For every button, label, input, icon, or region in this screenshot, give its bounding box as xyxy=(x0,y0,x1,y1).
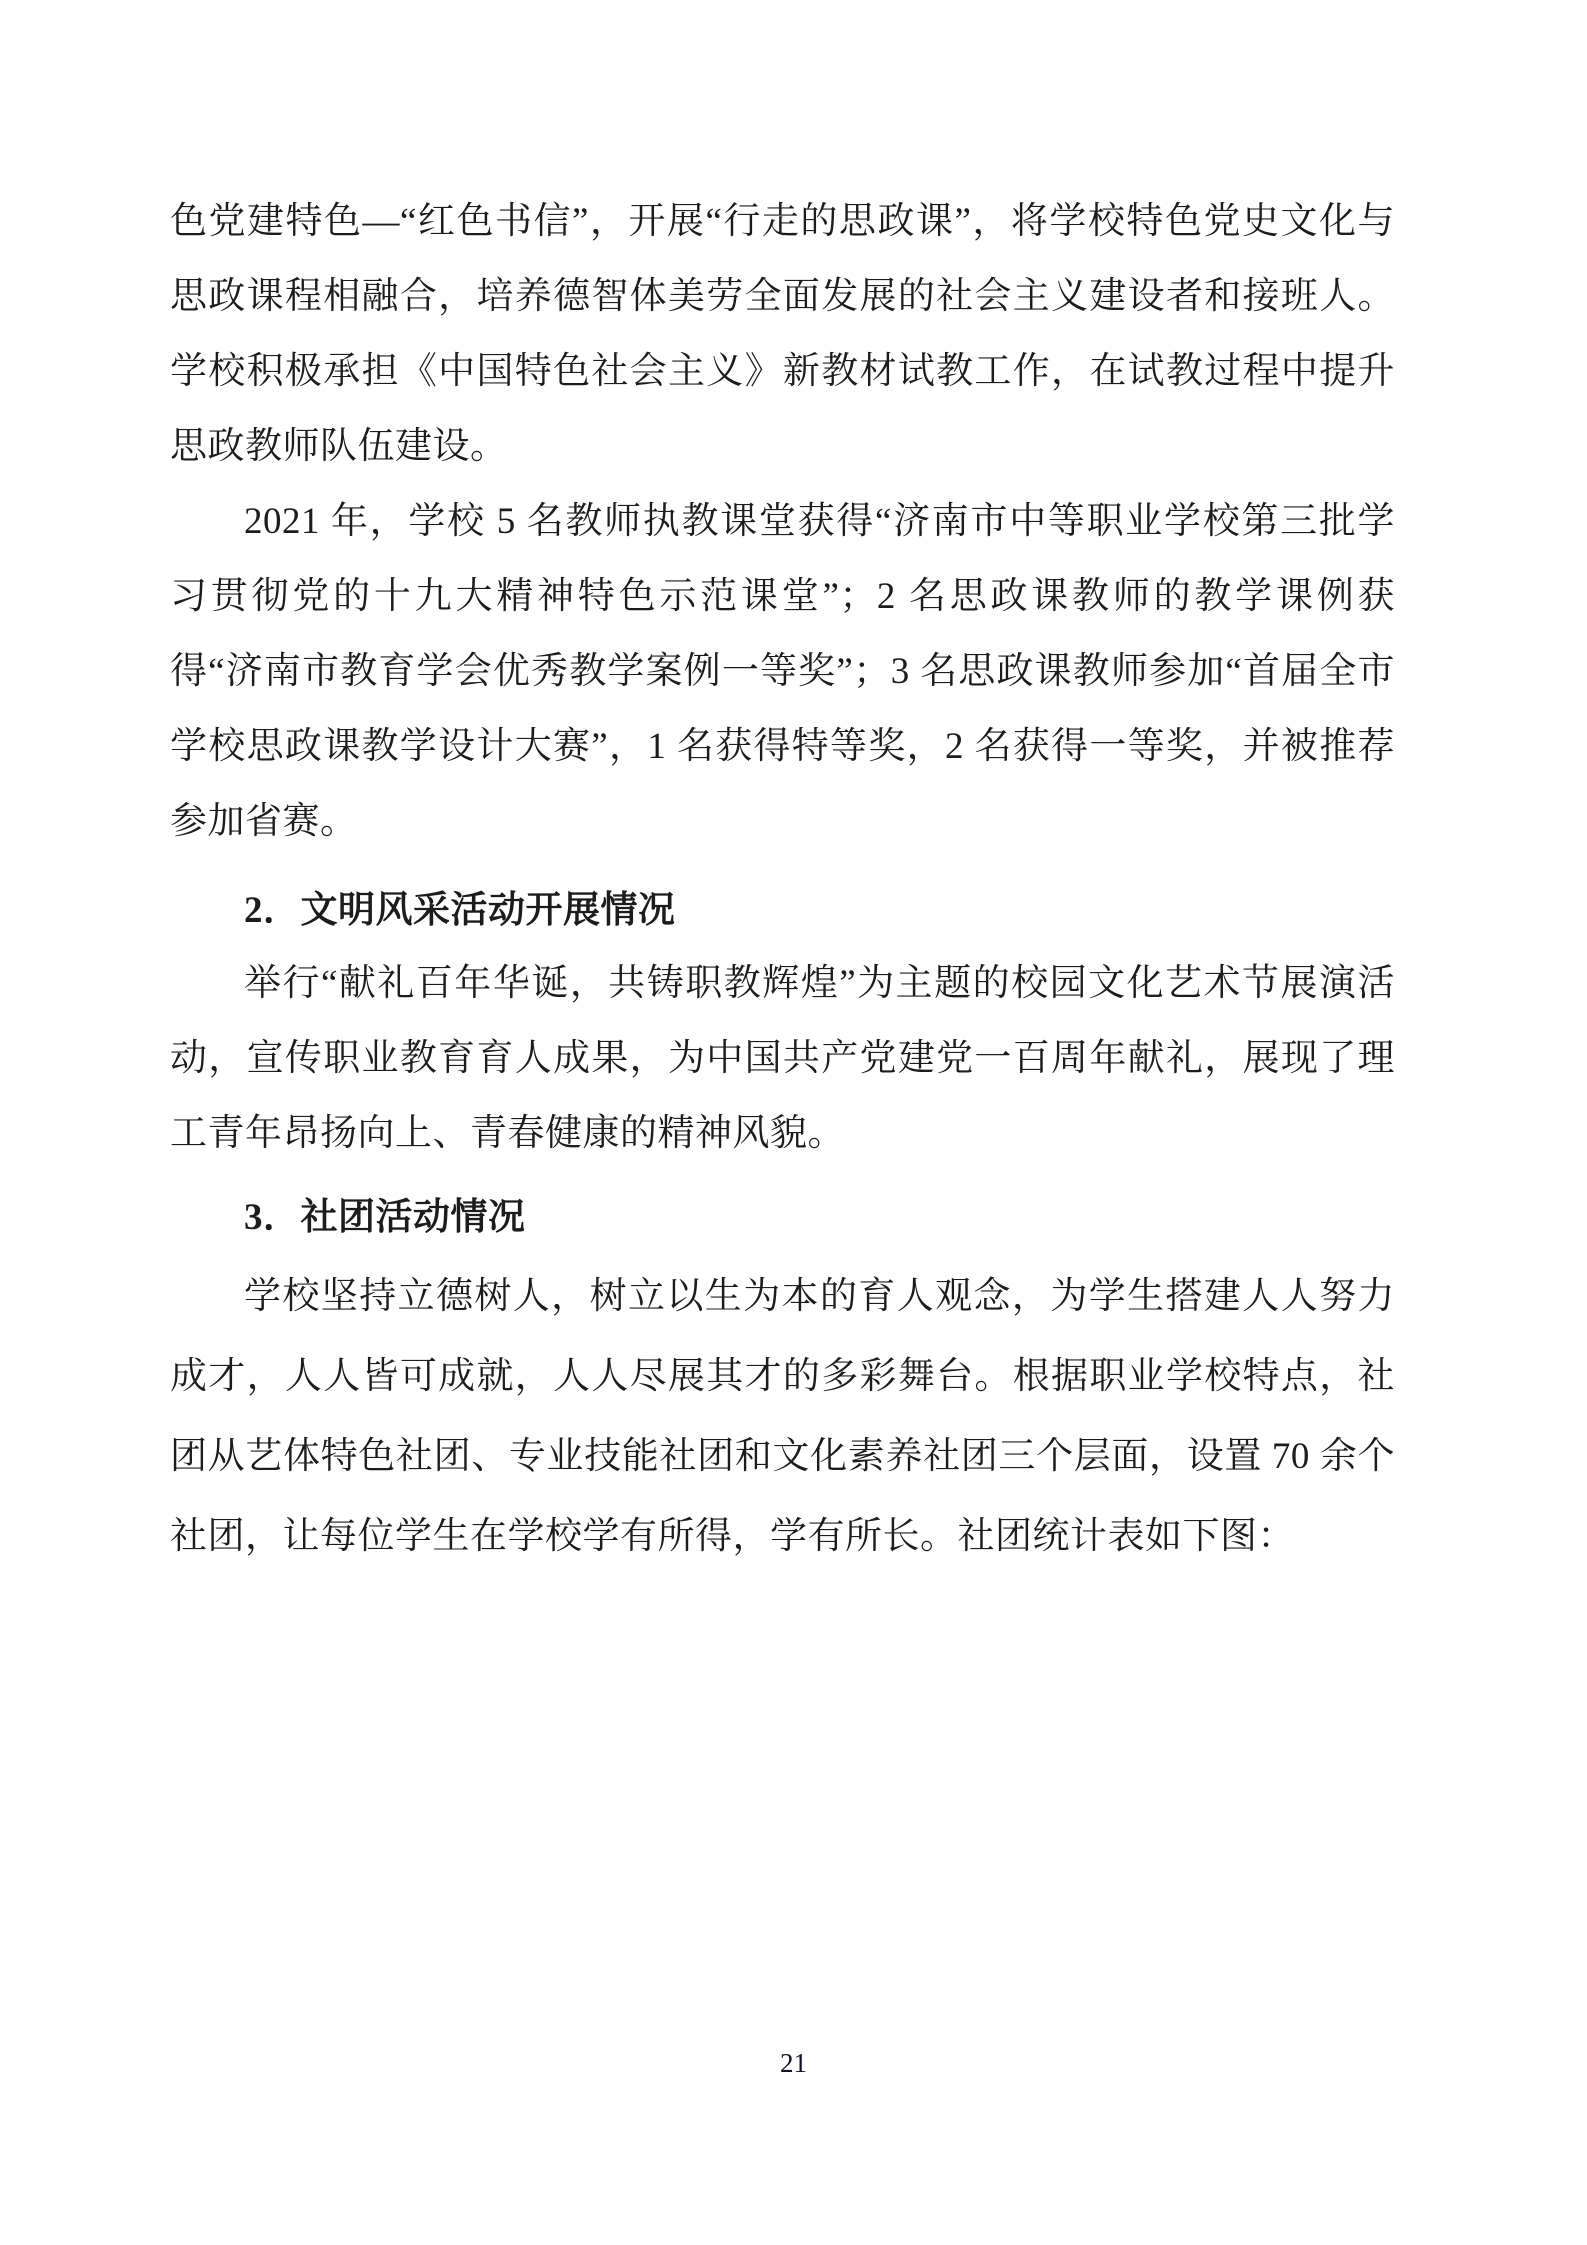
document-page: 色党建特色—“红色书信”，开展“行走的思政课”，将学校特色党史文化与思政课程相融… xyxy=(0,0,1587,2245)
heading-club-activities: 3．社团活动情况 xyxy=(170,1179,1395,1257)
heading-civility-activities: 2．文明风采活动开展情况 xyxy=(170,876,1395,946)
page-number: 21 xyxy=(0,2046,1587,2080)
paragraph-2021-teacher-awards: 2021 年，学校 5 名教师执教课堂获得“济南市中等职业学校第三批学习贯彻党的… xyxy=(170,484,1395,859)
paragraph-party-building-continuation: 色党建特色—“红色书信”，开展“行走的思政课”，将学校特色党史文化与思政课程相融… xyxy=(170,184,1395,484)
paragraph-club-activities: 学校坚持立德树人，树立以生为本的育人观念，为学生搭建人人努力成才，人人皆可成就，… xyxy=(170,1257,1395,1577)
paragraph-civility-activities: 举行“献礼百年华诞，共铸职教辉煌”为主题的校园文化艺术节展演活动，宣传职业教育育… xyxy=(170,946,1395,1171)
document-content: 色党建特色—“红色书信”，开展“行走的思政课”，将学校特色党史文化与思政课程相融… xyxy=(170,184,1395,1577)
